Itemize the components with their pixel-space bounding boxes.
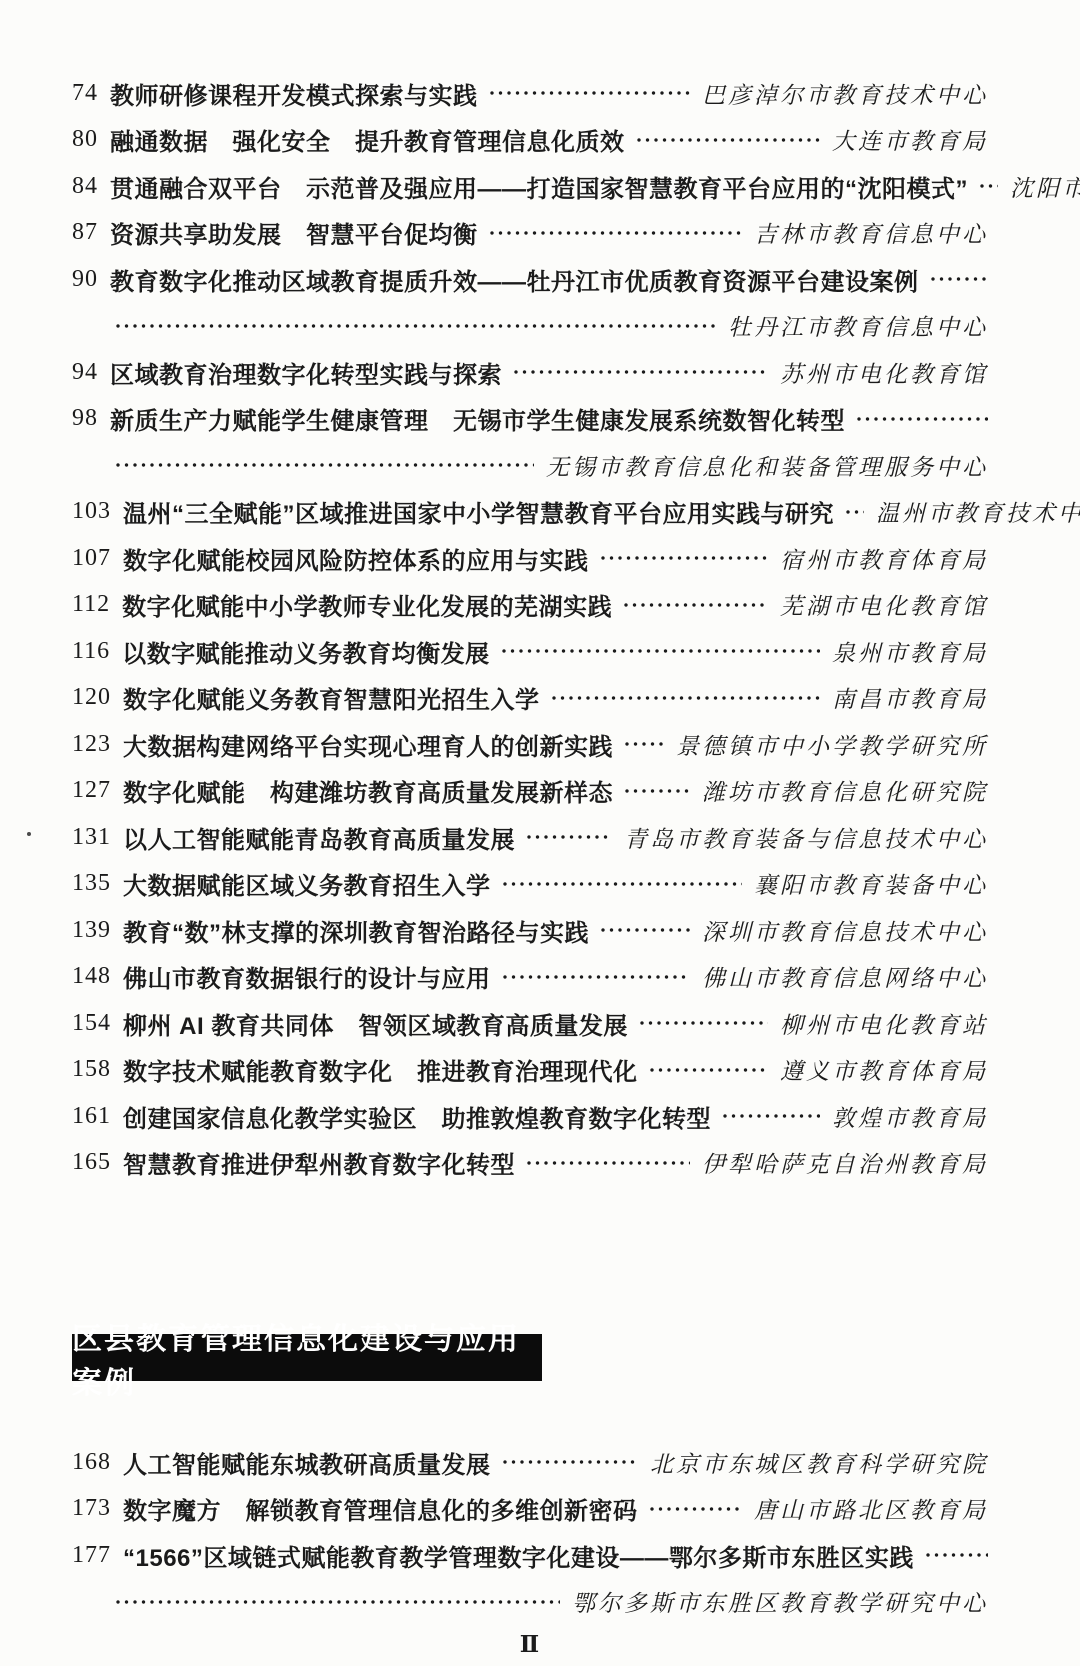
entry-page-number: 127: [72, 777, 111, 804]
toc-entry: 173数字魔方 解锁教育管理信息化的多维创新密码唐山市路北区教育局: [72, 1486, 988, 1533]
dot-leader: [514, 370, 768, 374]
entry-organization: 柳州市电化教育站: [780, 1007, 988, 1040]
entry-organization: 沈阳市教育局: [1010, 170, 1080, 203]
toc-entry: 94区域教育治理数字化转型实践与探索苏州市电化教育馆: [72, 349, 988, 396]
entry-page-number: 74: [72, 80, 98, 107]
entry-organization: 佛山市教育信息网络中心: [702, 960, 988, 993]
entry-title: 智慧教育推进伊犁州教育数字化转型: [123, 1145, 515, 1180]
toc-entry: 80融通数据 强化安全 提升教育管理信息化质效大连市教育局: [72, 117, 988, 164]
entry-page-number: 98: [72, 405, 98, 432]
entry-title: 数字化赋能义务教育智慧阳光招生入学: [123, 680, 540, 715]
entry-title: 融通数据 强化安全 提升教育管理信息化质效: [110, 122, 625, 157]
section-banner-label: 区县教育管理信息化建设与应用案例: [72, 1314, 542, 1402]
entry-page-number: 165: [72, 1149, 111, 1176]
dot-leader: [527, 835, 612, 839]
dot-leader: [116, 1600, 560, 1604]
toc-entry: 168人工智能赋能东城教研高质量发展北京市东城区教育科学研究院: [72, 1439, 988, 1486]
entry-title: 大数据构建网络平台实现心理育人的创新实践: [123, 727, 613, 762]
entry-page-number: 173: [72, 1495, 111, 1522]
entry-organization: 芜湖市电化教育馆: [780, 588, 988, 621]
dot-leader: [640, 1021, 768, 1025]
toc-entry: 148佛山市教育数据银行的设计与应用佛山市教育信息网络中心: [72, 954, 988, 1001]
entry-organization: 南昌市教育局: [832, 681, 988, 714]
entry-title: 数字化赋能中小学教师专业化发展的芜湖实践: [122, 587, 612, 622]
toc-entry-continuation: 鄂尔多斯市东胜区教育教学研究中心: [72, 1579, 988, 1626]
scan-artifact-dot: [27, 832, 31, 836]
entry-title: 数字技术赋能教育数字化 推进教育治理现代化: [123, 1052, 638, 1087]
entry-page-number: 131: [72, 824, 111, 851]
dot-leader: [857, 417, 988, 421]
entry-title: 大数据赋能区域义务教育招生入学: [123, 866, 491, 901]
entry-organization: 温州市教育技术中心: [876, 495, 1080, 528]
section-banner: 区县教育管理信息化建设与应用案例: [72, 1334, 542, 1381]
toc-entry: 158数字技术赋能教育数字化 推进教育治理现代化遵义市教育体育局: [72, 1047, 988, 1094]
dot-leader: [650, 1068, 769, 1072]
entry-organization: 巴彦淖尔市教育技术中心: [702, 77, 988, 110]
entry-title: 柳州 AI 教育共同体 智领区域教育高质量发展: [123, 1006, 628, 1041]
dot-leader: [552, 696, 821, 700]
entry-page-number: 161: [72, 1103, 111, 1130]
toc-entry: 116以数字赋能推动义务教育均衡发展泉州市教育局: [72, 628, 988, 675]
toc-entry: 74教师研修课程开发模式探索与实践巴彦淖尔市教育技术中心: [72, 70, 988, 117]
toc-entry: 177“1566”区域链式赋能教育教学管理数字化建设——鄂尔多斯市东胜区实践: [72, 1532, 988, 1579]
dot-leader: [601, 928, 690, 932]
toc-entry: 107数字化赋能校园风险防控体系的应用与实践宿州市教育体育局: [72, 535, 988, 582]
entry-organization: 伊犁哈萨克自治州教育局: [702, 1146, 988, 1179]
dot-leader: [637, 138, 821, 142]
toc-section-district-cases: 168人工智能赋能东城教研高质量发展北京市东城区教育科学研究院173数字魔方 解…: [72, 1439, 988, 1625]
page-number: Ⅱ: [72, 1631, 988, 1658]
toc-entry: 120数字化赋能义务教育智慧阳光招生入学南昌市教育局: [72, 675, 988, 722]
toc-entry: 154柳州 AI 教育共同体 智领区域教育高质量发展柳州市电化教育站: [72, 1000, 988, 1047]
dot-leader: [624, 603, 768, 607]
entry-organization: 敦煌市教育局: [832, 1100, 988, 1133]
entry-title: 数字化赋能 构建潍坊教育高质量发展新样态: [123, 773, 613, 808]
toc-entry: 87资源共享助发展 智慧平台促均衡吉林市教育信息中心: [72, 210, 988, 257]
entry-page-number: 112: [72, 591, 110, 618]
entry-organization: 苏州市电化教育馆: [780, 356, 988, 389]
toc-section-city-cases: 74教师研修课程开发模式探索与实践巴彦淖尔市教育技术中心80融通数据 强化安全 …: [72, 70, 988, 1186]
entry-page-number: 120: [72, 684, 111, 711]
entry-organization: 潍坊市教育信息化研究院: [702, 774, 988, 807]
dot-leader: [723, 1114, 820, 1118]
entry-page-number: 94: [72, 359, 98, 386]
dot-leader: [503, 1460, 639, 1464]
entry-title: 资源共享助发展 智慧平台促均衡: [110, 215, 478, 250]
toc-entry: 165智慧教育推进伊犁州教育数字化转型伊犁哈萨克自治州教育局: [72, 1140, 988, 1187]
entry-title: 新质生产力赋能学生健康管理 无锡市学生健康发展系统数智化转型: [110, 401, 845, 436]
dot-leader: [650, 1507, 743, 1511]
entry-page-number: 90: [72, 266, 98, 293]
toc-entry-continuation: 牡丹江市教育信息中心: [72, 303, 988, 350]
entry-page-number: 123: [72, 731, 111, 758]
toc-entry-continuation: 无锡市教育信息化和装备管理服务中心: [72, 442, 988, 489]
entry-title: 区域教育治理数字化转型实践与探索: [110, 355, 502, 390]
entry-page-number: 84: [72, 173, 98, 200]
entry-title: “1566”区域链式赋能教育教学管理数字化建设——鄂尔多斯市东胜区实践: [123, 1538, 914, 1573]
toc-entry: 103温州“三全赋能”区域推进国家中小学智慧教育平台应用实践与研究温州市教育技术…: [72, 489, 988, 536]
entry-title: 数字化赋能校园风险防控体系的应用与实践: [123, 541, 589, 576]
dot-leader: [926, 1553, 988, 1557]
dot-leader: [980, 184, 998, 188]
entry-title: 教育“数”林支撑的深圳教育智治路径与实践: [123, 913, 589, 948]
entry-organization: 遵义市教育体育局: [780, 1053, 988, 1086]
entry-page-number: 107: [72, 545, 111, 572]
dot-leader: [625, 742, 664, 746]
dot-leader: [490, 91, 691, 95]
toc-entry: 90教育数字化推动区域教育提质升效——牡丹江市优质教育资源平台建设案例: [72, 256, 988, 303]
entry-organization: 青岛市教育装备与信息技术中心: [624, 821, 988, 854]
entry-title: 教育数字化推动区域教育提质升效——牡丹江市优质教育资源平台建设案例: [110, 262, 919, 297]
dot-leader: [846, 510, 864, 514]
entry-page-number: 168: [72, 1449, 111, 1476]
entry-page-number: 139: [72, 917, 111, 944]
entry-title: 佛山市教育数据银行的设计与应用: [123, 959, 491, 994]
entry-title: 以人工智能赋能青岛教育高质量发展: [123, 820, 515, 855]
entry-page-number: 87: [72, 219, 98, 246]
entry-page-number: 103: [72, 498, 111, 525]
entry-organization: 唐山市路北区教育局: [754, 1492, 988, 1525]
dot-leader: [502, 649, 820, 653]
toc-entry: 139教育“数”林支撑的深圳教育智治路径与实践深圳市教育信息技术中心: [72, 907, 988, 954]
entry-page-number: 148: [72, 963, 111, 990]
toc-entry: 135大数据赋能区域义务教育招生入学襄阳市教育装备中心: [72, 861, 988, 908]
entry-page-number: 158: [72, 1056, 111, 1083]
entry-title: 以数字赋能推动义务教育均衡发展: [122, 634, 490, 669]
dot-leader: [931, 277, 989, 281]
toc-entry: 131以人工智能赋能青岛教育高质量发展青岛市教育装备与信息技术中心: [72, 814, 988, 861]
toc-page: 74教师研修课程开发模式探索与实践巴彦淖尔市教育技术中心80融通数据 强化安全 …: [0, 0, 1080, 1666]
toc-entry: 123大数据构建网络平台实现心理育人的创新实践景德镇市中小学教学研究所: [72, 721, 988, 768]
entry-organization: 深圳市教育信息技术中心: [702, 914, 988, 947]
entry-title: 贯通融合双平台 示范普及强应用——打造国家智慧教育平台应用的“沈阳模式”: [110, 169, 968, 204]
entry-page-number: 154: [72, 1010, 111, 1037]
dot-leader: [503, 975, 691, 979]
entry-title: 温州“三全赋能”区域推进国家中小学智慧教育平台应用实践与研究: [123, 494, 834, 529]
entry-organization: 襄阳市教育装备中心: [754, 867, 988, 900]
entry-page-number: 177: [72, 1542, 111, 1569]
dot-leader: [490, 231, 743, 235]
entry-page-number: 116: [72, 638, 110, 665]
dot-leader: [625, 789, 690, 793]
toc-entry: 161创建国家信息化教学实验区 助推敦煌教育数字化转型敦煌市教育局: [72, 1093, 988, 1140]
dot-leader: [116, 463, 534, 467]
entry-title: 创建国家信息化教学实验区 助推敦煌教育数字化转型: [123, 1099, 711, 1134]
dot-leader: [601, 556, 769, 560]
toc-entry: 112数字化赋能中小学教师专业化发展的芜湖实践芜湖市电化教育馆: [72, 582, 988, 629]
toc-entry: 98新质生产力赋能学生健康管理 无锡市学生健康发展系统数智化转型: [72, 396, 988, 443]
entry-title: 人工智能赋能东城教研高质量发展: [123, 1445, 491, 1480]
entry-organization: 宿州市教育体育局: [780, 542, 988, 575]
entry-page-number: 80: [72, 126, 98, 153]
entry-organization: 泉州市教育局: [832, 635, 988, 668]
entry-title: 教师研修课程开发模式探索与实践: [110, 76, 478, 111]
toc-entry: 127数字化赋能 构建潍坊教育高质量发展新样态潍坊市教育信息化研究院: [72, 768, 988, 815]
toc-entry: 84贯通融合双平台 示范普及强应用——打造国家智慧教育平台应用的“沈阳模式”沈阳…: [72, 163, 988, 210]
dot-leader: [116, 324, 716, 328]
entry-organization: 景德镇市中小学教学研究所: [676, 728, 988, 761]
entry-organization: 北京市东城区教育科学研究院: [650, 1446, 988, 1479]
entry-organization: 鄂尔多斯市东胜区教育教学研究中心: [572, 1585, 988, 1618]
dot-leader: [503, 882, 743, 886]
entry-organization: 无锡市教育信息化和装备管理服务中心: [546, 449, 988, 482]
entry-page-number: 135: [72, 870, 111, 897]
entry-organization: 吉林市教育信息中心: [754, 216, 988, 249]
entry-organization: 牡丹江市教育信息中心: [728, 309, 988, 342]
entry-organization: 大连市教育局: [832, 123, 988, 156]
entry-title: 数字魔方 解锁教育管理信息化的多维创新密码: [123, 1491, 638, 1526]
dot-leader: [527, 1161, 690, 1165]
